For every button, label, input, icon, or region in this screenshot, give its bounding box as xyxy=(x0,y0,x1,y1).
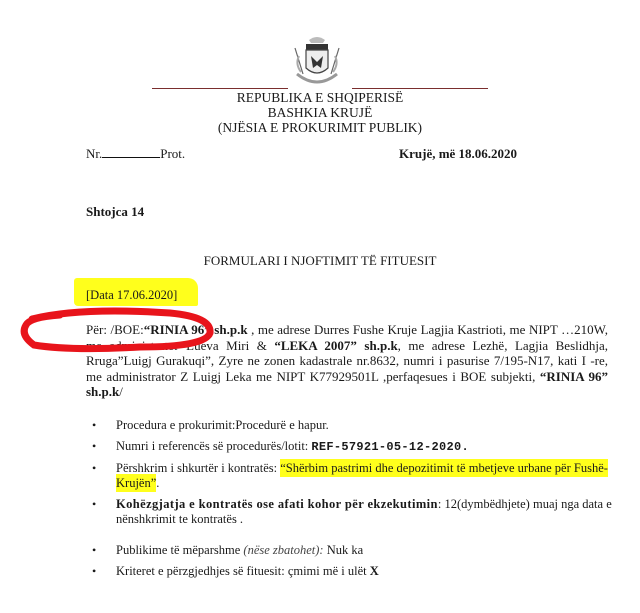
unit-name: (NJËSIA E PROKURIMIT PUBLIK) xyxy=(0,120,640,135)
header-rule-left xyxy=(152,88,288,89)
list-item-description: Përshkrim i shkurtër i kontratës: “Shërb… xyxy=(86,461,616,491)
header-rule-right xyxy=(352,88,488,89)
list-item-procedure: Procedura e prokurimit:Procedurë e hapur… xyxy=(86,418,616,433)
criteria-mark: X xyxy=(370,564,379,578)
notice-date: [Data 17.06.2020] xyxy=(86,288,177,303)
notice-details-list: Procedura e prokurimit:Procedurë e hapur… xyxy=(86,418,616,585)
list-item-criteria: Kriteret e përzgjedhjes së fituesit: çmi… xyxy=(86,564,616,579)
protocol-number-blank xyxy=(102,146,160,158)
red-circle-annotation xyxy=(20,305,215,355)
list-item-publications: Publikime të mëparshme (nëse zbatohet): … xyxy=(86,543,616,558)
municipality-name: BASHKIA KRUJË xyxy=(0,105,640,120)
form-title: FORMULARI I NJOFTIMIT TË FITUESIT xyxy=(0,253,640,269)
coat-of-arms-icon xyxy=(287,34,347,90)
reference-number: REF-57921-05-12-2020. xyxy=(311,440,469,454)
annex-label: Shtojca 14 xyxy=(86,204,144,220)
protocol-number: Nr.Prot. xyxy=(86,146,185,162)
list-item-duration: Kohëzgjatja e kontratës ose afati kohor … xyxy=(86,497,616,527)
list-item-reference: Numri i referencës së procedurës/lotit: … xyxy=(86,439,616,455)
country-name: REPUBLIKA E SHQIPERISË xyxy=(0,90,640,105)
place-and-date: Krujë, më 18.06.2020 xyxy=(399,146,517,162)
partner-name: “LEKA 2007” sh.p.k xyxy=(274,338,397,353)
